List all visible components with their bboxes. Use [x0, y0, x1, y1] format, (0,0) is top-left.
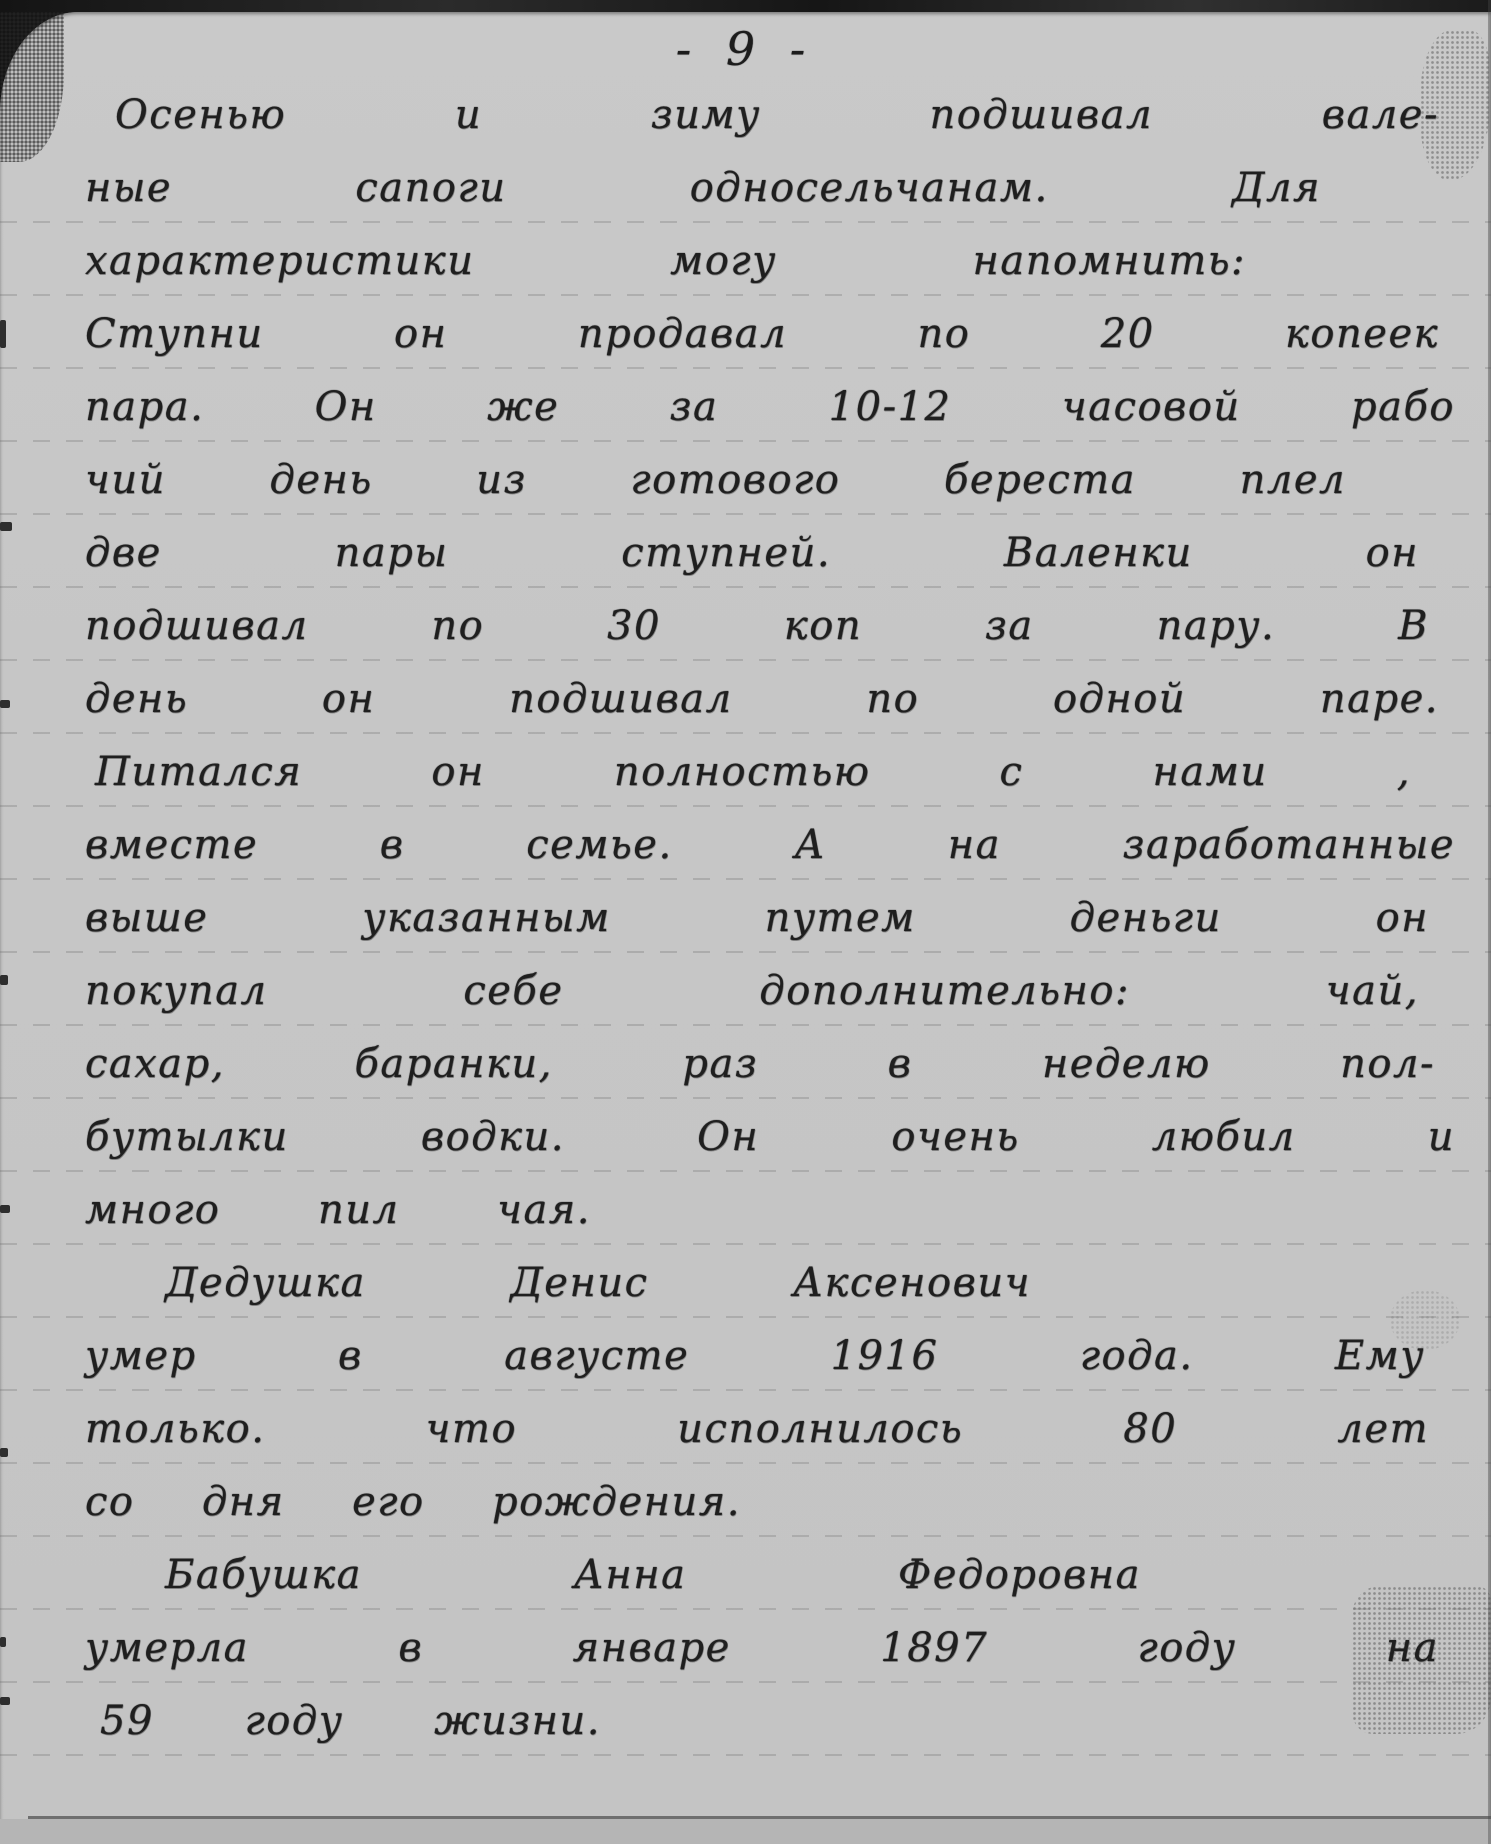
handwritten-line: со дня его рождения. [0, 1479, 1491, 1552]
handwritten-line: подшивал по 30 коп за пару. В [0, 603, 1491, 676]
handwritten-text: Осенью и зиму подшивал вале- ные сапоги … [0, 92, 1491, 1771]
page-number: - 9 - [0, 22, 1491, 76]
handwritten-line: покупал себе дополнительно: чай, [0, 968, 1491, 1041]
handwritten-line: только. что исполнилось 80 лет [0, 1406, 1491, 1479]
scanned-page: - 9 - Осенью и зиму подшивал вале- ные с… [0, 0, 1491, 1844]
handwritten-line: бутылки водки. Он очень любил и [0, 1114, 1491, 1187]
handwritten-line: много пил чая. [0, 1187, 1491, 1260]
handwritten-line: день он подшивал по одной паре. [0, 676, 1491, 749]
handwritten-line: умер в августе 1916 года. Ему [0, 1333, 1491, 1406]
handwritten-line: пара. Он же за 10-12 часовой рабо [0, 384, 1491, 457]
handwritten-line: выше указанным путем деньги он [0, 895, 1491, 968]
handwritten-line: Дедушка Денис Аксенович [0, 1260, 1491, 1333]
scan-below-edge [0, 1819, 1491, 1844]
handwritten-line: Осенью и зиму подшивал вале- [0, 92, 1491, 165]
handwritten-line: Питался он полностью с нами , [0, 749, 1491, 822]
handwritten-line: вместе в семье. А на заработанные [0, 822, 1491, 895]
handwritten-line: Ступни он продавал по 20 копеек [0, 311, 1491, 384]
handwritten-line: ные сапоги односельчанам. Для [0, 165, 1491, 238]
handwritten-line: чий день из готового береста плел [0, 457, 1491, 530]
handwritten-line: две пары ступней. Валенки он [0, 530, 1491, 603]
handwritten-line: умерла в январе 1897 году на [0, 1625, 1491, 1698]
handwritten-line: 59 году жизни. [0, 1698, 1491, 1771]
handwritten-line: характеристики могу напомнить: [0, 238, 1491, 311]
handwritten-line: Бабушка Анна Федоровна [0, 1552, 1491, 1625]
handwritten-line: сахар, баранки, раз в неделю пол- [0, 1041, 1491, 1114]
